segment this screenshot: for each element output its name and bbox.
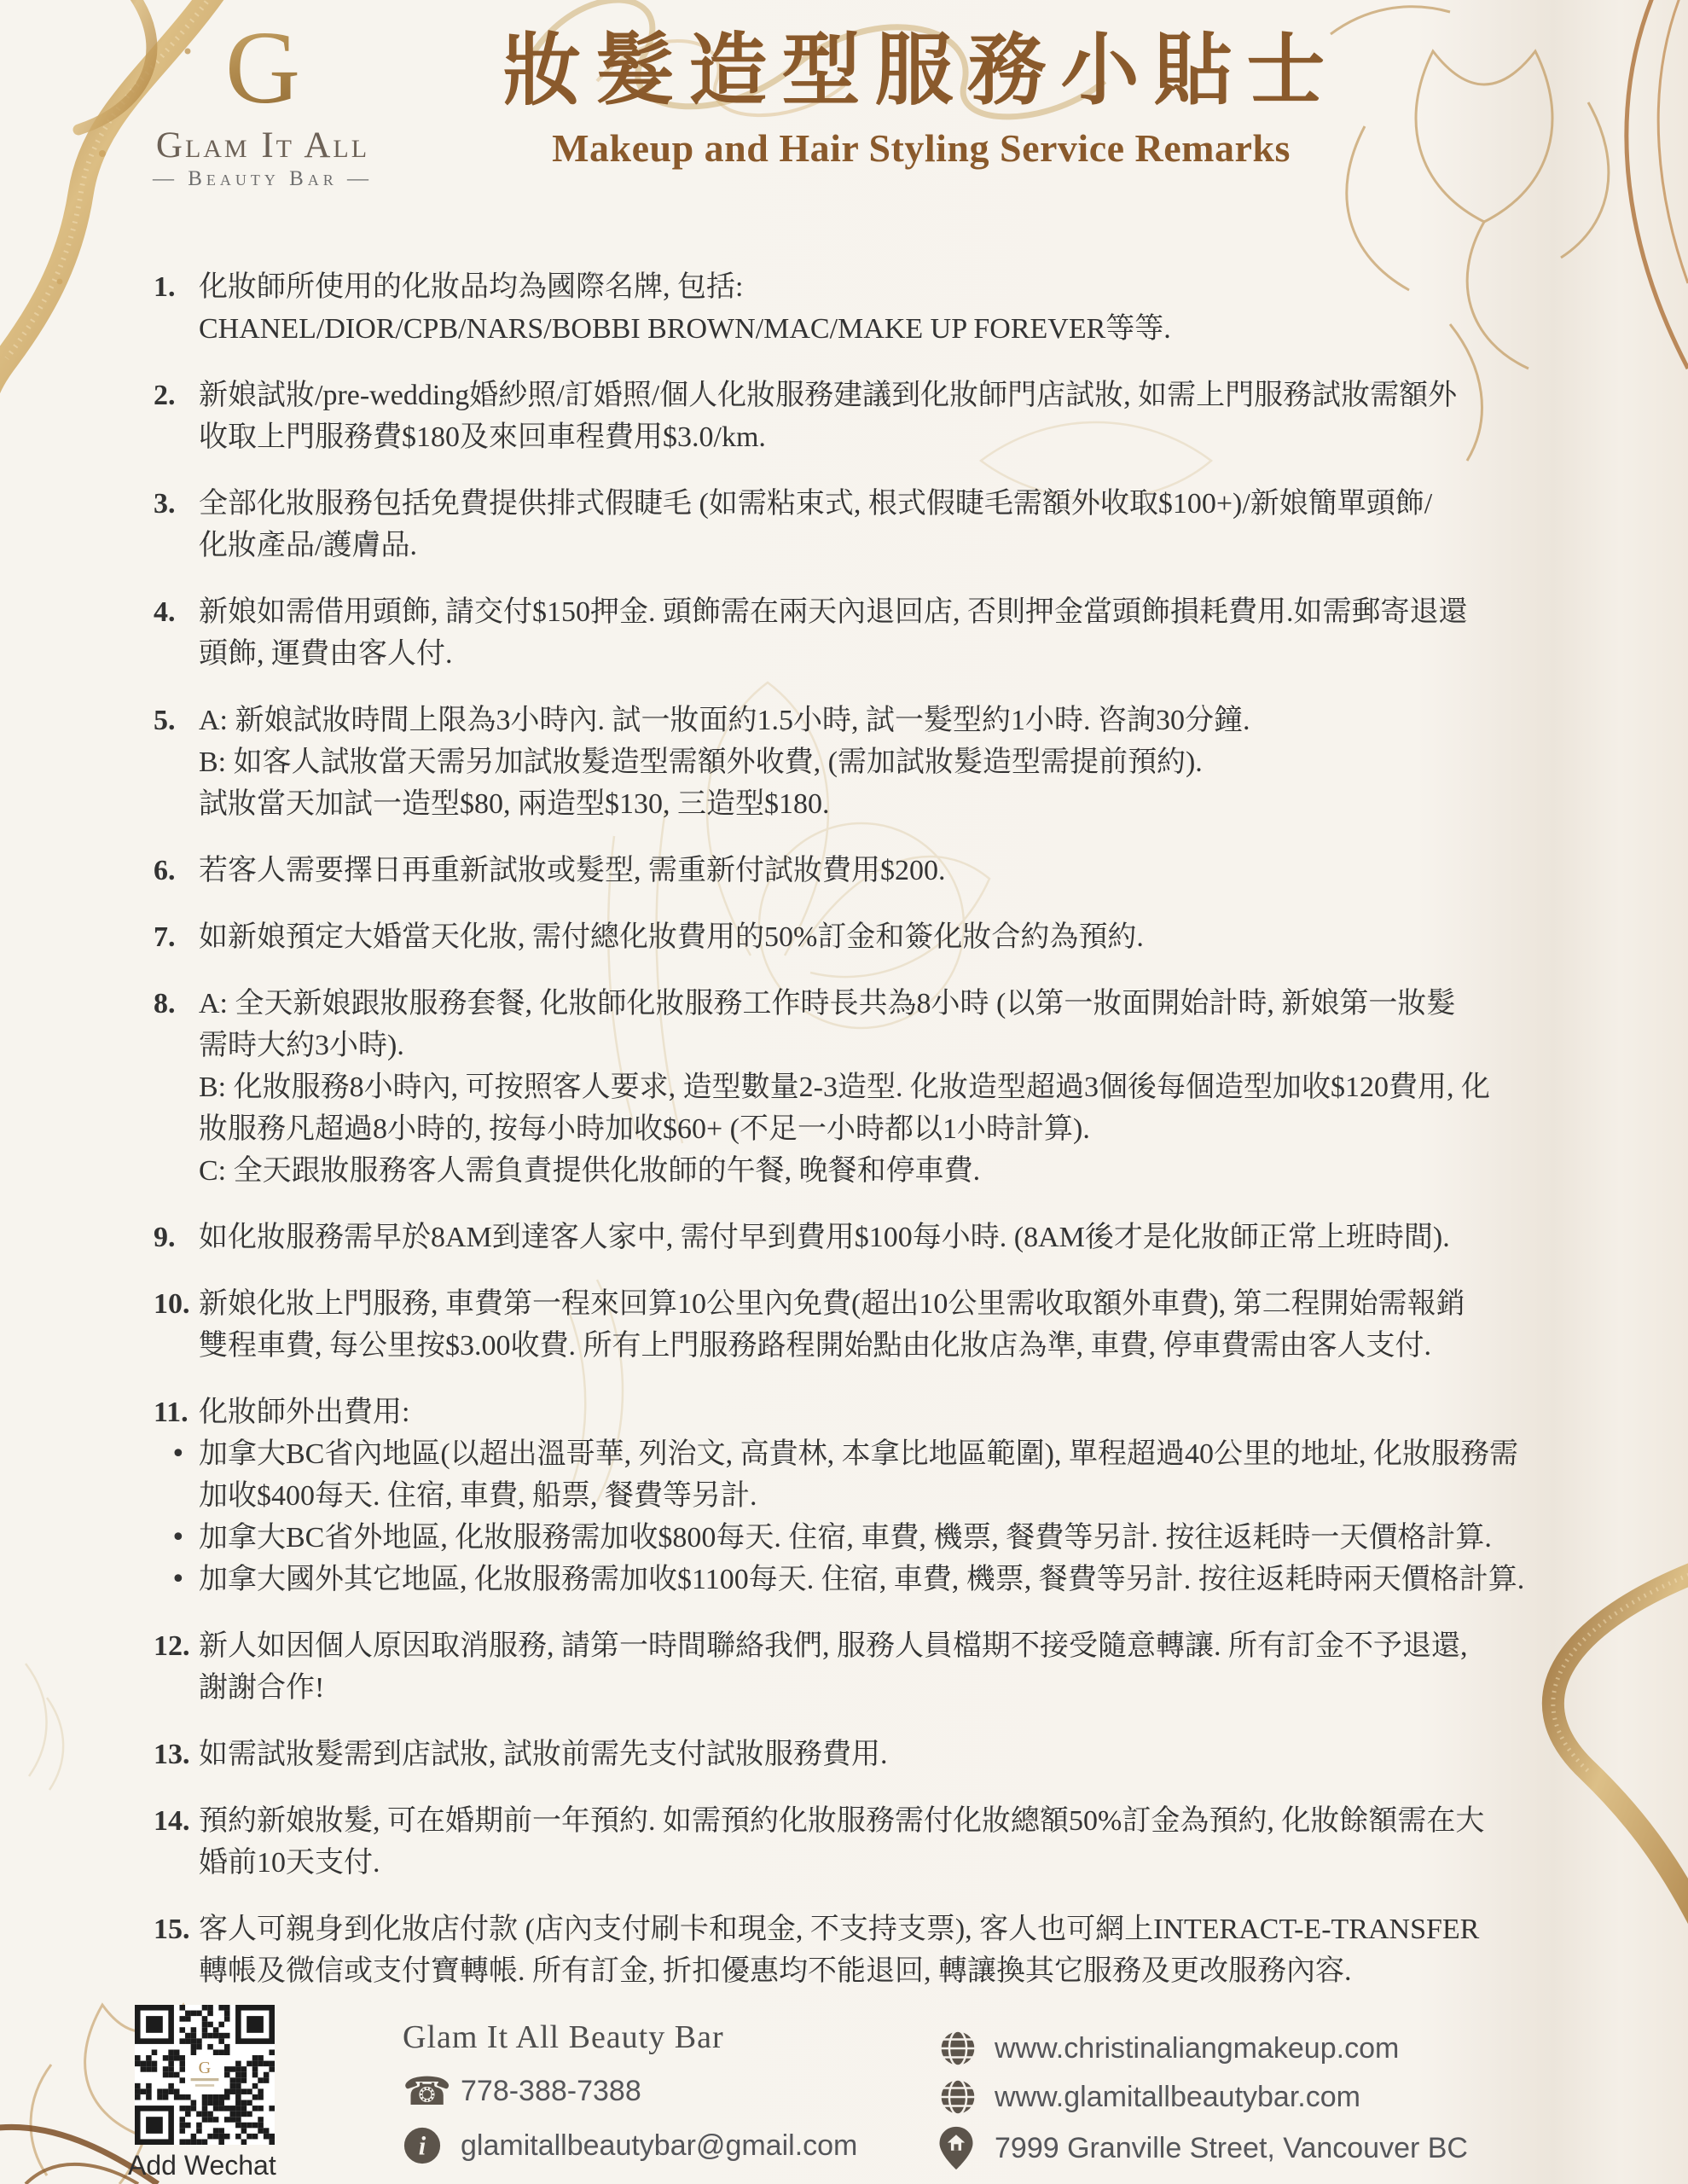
service-item: 5.A: 新娘試妝時間上限為3小時內. 試一妝面約1.5小時, 試一髮型約1小時…: [154, 700, 1578, 825]
page-title-english: Makeup and Hair Styling Service Remarks: [478, 125, 1365, 171]
service-item-body: A: 全天新娘跟妝服務套餐, 化妝師化妝服務工作時長共為8小時 (以第一妝面開始…: [199, 983, 1578, 1192]
service-items: 1.化妝師所使用的化妝品均為國際名牌, 包括:CHANEL/DIOR/CPB/N…: [154, 266, 1578, 1992]
service-item-body: 客人可親身到化妝店付款 (店內支付刷卡和現金, 不支持支票), 客人也可網上IN…: [199, 1908, 1578, 1992]
service-item-body: 若客人需要擇日再重新試妝或髮型, 需重新付試妝費用$200.: [199, 850, 1578, 892]
service-item-text: •加拿大國外其它地區, 化妝服務需加收$1100每天. 住宿, 車費, 機票, …: [171, 1559, 1578, 1600]
service-item-text: 新人如因個人原因取消服務, 請第一時間聯絡我們, 服務人員檔期不接受隨意轉讓. …: [199, 1625, 1578, 1667]
globe-icon: [938, 2077, 981, 2117]
website-row-2: www.glamitallbeautybar.com: [938, 2077, 1468, 2117]
service-item-body: A: 新娘試妝時間上限為3小時內. 試一妝面約1.5小時, 試一髮型約1小時. …: [199, 700, 1578, 825]
svg-text:G: G: [199, 2059, 212, 2077]
service-item-text: 妝服務凡超過8小時的, 按每小時加收$60+ (不足一小時都以1小時計算).: [199, 1108, 1578, 1150]
service-item-text: 如化妝服務需早於8AM到達客人家中, 需付早到費用$100每小時. (8AM後才…: [199, 1217, 1578, 1258]
wechat-qr-code: G: [135, 2005, 275, 2145]
service-item-body: 新娘試妝/pre-wedding婚紗照/訂婚照/個人化妝服務建議到化妝師門店試妝…: [199, 375, 1578, 458]
service-item-text: 全部化妝服務包括免費提供排式假睫毛 (如需粘束式, 根式假睫毛需額外收取$100…: [199, 483, 1578, 525]
service-item-body: 如需試妝髮需到店試妝, 試妝前需先支付試妝服務費用.: [199, 1734, 1578, 1775]
logo-monogram: G: [143, 14, 382, 123]
service-item-number: 14.: [154, 1800, 199, 1842]
location-pin-icon: [938, 2126, 981, 2170]
service-item-body: 化妝師外出費用:•加拿大BC省內地區(以超出溫哥華, 列治文, 高貴林, 本拿比…: [199, 1391, 1578, 1600]
street-address: 7999 Granville Street, Vancouver BC: [995, 2132, 1468, 2165]
service-item-text: 需時大約3小時).: [199, 1025, 1578, 1066]
service-item-text: A: 全天新娘跟妝服務套餐, 化妝師化妝服務工作時長共為8小時 (以第一妝面開始…: [199, 983, 1578, 1025]
service-item-number: 5.: [154, 700, 199, 741]
service-item-text: •加拿大BC省內地區(以超出溫哥華, 列治文, 高貴林, 本拿比地區範圍), 單…: [171, 1433, 1578, 1475]
logo-name: Glam It All: [143, 126, 382, 165]
service-item-text: 雙程車費, 每公里按$3.00收費. 所有上門服務路程開始點由化妝店為準, 車費…: [199, 1325, 1578, 1367]
service-item: 15.客人可親身到化妝店付款 (店內支付刷卡和現金, 不支持支票), 客人也可網…: [154, 1908, 1578, 1992]
service-item-text: 新娘試妝/pre-wedding婚紗照/訂婚照/個人化妝服務建議到化妝師門店試妝…: [199, 375, 1578, 416]
service-item-text: B: 化妝服務8小時內, 可按照客人要求, 造型數量2-3造型. 化妝造型超過3…: [199, 1066, 1578, 1108]
bullet-icon: •: [171, 1433, 199, 1475]
footer-contact-right: www.christinaliangmakeup.com www.glamita…: [938, 2029, 1468, 2170]
service-item-text: 如需試妝髮需到店試妝, 試妝前需先支付試妝服務費用.: [199, 1734, 1578, 1775]
service-item-body: 全部化妝服務包括免費提供排式假睫毛 (如需粘束式, 根式假睫毛需額外收取$100…: [199, 483, 1578, 566]
service-item-number: 4.: [154, 591, 199, 633]
service-item: 9.如化妝服務需早於8AM到達客人家中, 需付早到費用$100每小時. (8AM…: [154, 1217, 1578, 1258]
service-item-number: 15.: [154, 1908, 199, 1950]
service-item-text: 化妝師外出費用:: [199, 1391, 1578, 1433]
service-item-body: 化妝師所使用的化妝品均為國際名牌, 包括:CHANEL/DIOR/CPB/NAR…: [199, 266, 1578, 350]
service-item-text: 新娘如需借用頭飾, 請交付$150押金. 頭飾需在兩天內退回店, 否則押金當頭飾…: [199, 591, 1578, 633]
service-item-text: 若客人需要擇日再重新試妝或髮型, 需重新付試妝費用$200.: [199, 850, 1578, 892]
service-item: 3.全部化妝服務包括免費提供排式假睫毛 (如需粘束式, 根式假睫毛需額外收取$1…: [154, 483, 1578, 566]
service-item-number: 1.: [154, 266, 199, 308]
website-row-1: www.christinaliangmakeup.com: [938, 2029, 1468, 2068]
service-item-text: 頭飾, 運費由客人付.: [199, 633, 1578, 675]
service-item: 7.如新娘預定大婚當天化妝, 需付總化妝費用的50%訂金和簽化妝合約為預約.: [154, 916, 1578, 958]
service-item-number: 10.: [154, 1283, 199, 1325]
service-item-body: 新人如因個人原因取消服務, 請第一時間聯絡我們, 服務人員檔期不接受隨意轉讓. …: [199, 1625, 1578, 1709]
service-item-number: 7.: [154, 916, 199, 958]
page-title-chinese: 妝髮造型服務小貼士: [478, 27, 1365, 115]
service-item-text: •加拿大BC省外地區, 化妝服務需加收$800每天. 住宿, 車費, 機票, 餐…: [171, 1517, 1578, 1559]
globe-icon: [938, 2029, 981, 2068]
service-item-text: 謝謝合作!: [199, 1667, 1578, 1709]
bullet-icon: •: [171, 1517, 199, 1559]
service-item-text: 加收$400每天. 住宿, 車費, 船票, 餐費等另計.: [199, 1475, 1578, 1517]
service-item-number: 6.: [154, 850, 199, 892]
service-remarks-poster: G Glam It All — Beauty Bar — 妝髮造型服務小貼士 M…: [0, 0, 1688, 2184]
service-item: 8.A: 全天新娘跟妝服務套餐, 化妝師化妝服務工作時長共為8小時 (以第一妝面…: [154, 983, 1578, 1192]
info-icon: i: [403, 2126, 447, 2165]
service-item: 4.新娘如需借用頭飾, 請交付$150押金. 頭飾需在兩天內退回店, 否則押金當…: [154, 591, 1578, 675]
website-url-1: www.christinaliangmakeup.com: [995, 2032, 1399, 2065]
service-item-text: 收取上門服務費$180及來回車程費用$3.0/km.: [199, 416, 1578, 458]
service-item: 2.新娘試妝/pre-wedding婚紗照/訂婚照/個人化妝服務建議到化妝師門店…: [154, 375, 1578, 458]
service-item-number: 12.: [154, 1625, 199, 1667]
website-url-2: www.glamitallbeautybar.com: [995, 2081, 1360, 2114]
bullet-icon: •: [171, 1559, 199, 1600]
service-item-body: 如化妝服務需早於8AM到達客人家中, 需付早到費用$100每小時. (8AM後才…: [199, 1217, 1578, 1258]
service-item: 1.化妝師所使用的化妝品均為國際名牌, 包括:CHANEL/DIOR/CPB/N…: [154, 266, 1578, 350]
logo-tagline: — Beauty Bar —: [143, 167, 382, 191]
service-item-number: 8.: [154, 983, 199, 1025]
phone-row: ☎ 778-388-7388: [403, 2071, 857, 2111]
service-item-text: B: 如客人試妝當天需另加試妝髮造型需額外收費, (需加試妝髮造型需提前預約).: [199, 741, 1578, 783]
brand-logo: G Glam It All — Beauty Bar —: [143, 14, 382, 191]
page-title-block: 妝髮造型服務小貼士 Makeup and Hair Styling Servic…: [478, 27, 1365, 171]
service-item-text: 轉帳及微信或支付寶轉帳. 所有訂金, 折扣優惠均不能退回, 轉讓換其它服務及更改…: [199, 1950, 1578, 1992]
service-item-text: 客人可親身到化妝店付款 (店內支付刷卡和現金, 不支持支票), 客人也可網上IN…: [199, 1908, 1578, 1950]
service-item: 6.若客人需要擇日再重新試妝或髮型, 需重新付試妝費用$200.: [154, 850, 1578, 892]
service-item-text: CHANEL/DIOR/CPB/NARS/BOBBI BROWN/MAC/MAK…: [199, 308, 1578, 350]
service-item-number: 2.: [154, 375, 199, 416]
service-item-body: 如新娘預定大婚當天化妝, 需付總化妝費用的50%訂金和簽化妝合約為預約.: [199, 916, 1578, 958]
service-item-text: 新娘化妝上門服務, 車費第一程來回算10公里內免費(超出10公里需收取額外車費)…: [199, 1283, 1578, 1325]
service-item-body: 預約新娘妝髮, 可在婚期前一年預約. 如需預約化妝服務需付化妝總額50%訂金為預…: [199, 1800, 1578, 1884]
service-item-text: 婚前10天支付.: [199, 1842, 1578, 1884]
wechat-qr-label: Add Wechat: [128, 2150, 276, 2181]
footer-contact-left: Glam It All Beauty Bar ☎ 778-388-7388 i …: [403, 2018, 857, 2165]
service-item-number: 3.: [154, 483, 199, 525]
service-item: 12.新人如因個人原因取消服務, 請第一時間聯絡我們, 服務人員檔期不接受隨意轉…: [154, 1625, 1578, 1709]
service-item: 13.如需試妝髮需到店試妝, 試妝前需先支付試妝服務費用.: [154, 1734, 1578, 1775]
service-item-text: 化妝師所使用的化妝品均為國際名牌, 包括:: [199, 266, 1578, 308]
service-item-text: 如新娘預定大婚當天化妝, 需付總化妝費用的50%訂金和簽化妝合約為預約.: [199, 916, 1578, 958]
service-item-body: 新娘如需借用頭飾, 請交付$150押金. 頭飾需在兩天內退回店, 否則押金當頭飾…: [199, 591, 1578, 675]
decoration-edge-strokes-right: [1627, 0, 1688, 369]
service-item: 10.新娘化妝上門服務, 車費第一程來回算10公里內免費(超出10公里需收取額外…: [154, 1283, 1578, 1367]
service-item-number: 9.: [154, 1217, 199, 1258]
service-item-text: 預約新娘妝髮, 可在婚期前一年預約. 如需預約化妝服務需付化妝總額50%訂金為預…: [199, 1800, 1578, 1842]
email-address: glamitallbeautybar@gmail.com: [461, 2129, 857, 2163]
service-item-text: 試妝當天加試一造型$80, 兩造型$130, 三造型$180.: [199, 783, 1578, 825]
phone-number: 778-388-7388: [461, 2075, 641, 2108]
service-item-text: C: 全天跟妝服務客人需負責提供化妝師的午餐, 晚餐和停車費.: [199, 1150, 1578, 1192]
phone-icon: ☎: [403, 2071, 447, 2111]
email-row: i glamitallbeautybar@gmail.com: [403, 2126, 857, 2165]
svg-text:i: i: [419, 2132, 426, 2161]
service-item-text: 化妝產品/護膚品.: [199, 525, 1578, 566]
address-row: 7999 Granville Street, Vancouver BC: [938, 2126, 1468, 2170]
service-item-body: 新娘化妝上門服務, 車費第一程來回算10公里內免費(超出10公里需收取額外車費)…: [199, 1283, 1578, 1367]
service-item: 11.化妝師外出費用:•加拿大BC省內地區(以超出溫哥華, 列治文, 高貴林, …: [154, 1391, 1578, 1600]
service-item-text: A: 新娘試妝時間上限為3小時內. 試一妝面約1.5小時, 試一髮型約1小時. …: [199, 700, 1578, 741]
business-name: Glam It All Beauty Bar: [403, 2018, 857, 2056]
service-item-number: 11.: [154, 1391, 199, 1433]
service-item: 14.預約新娘妝髮, 可在婚期前一年預約. 如需預約化妝服務需付化妝總額50%訂…: [154, 1800, 1578, 1884]
service-item-number: 13.: [154, 1734, 199, 1775]
